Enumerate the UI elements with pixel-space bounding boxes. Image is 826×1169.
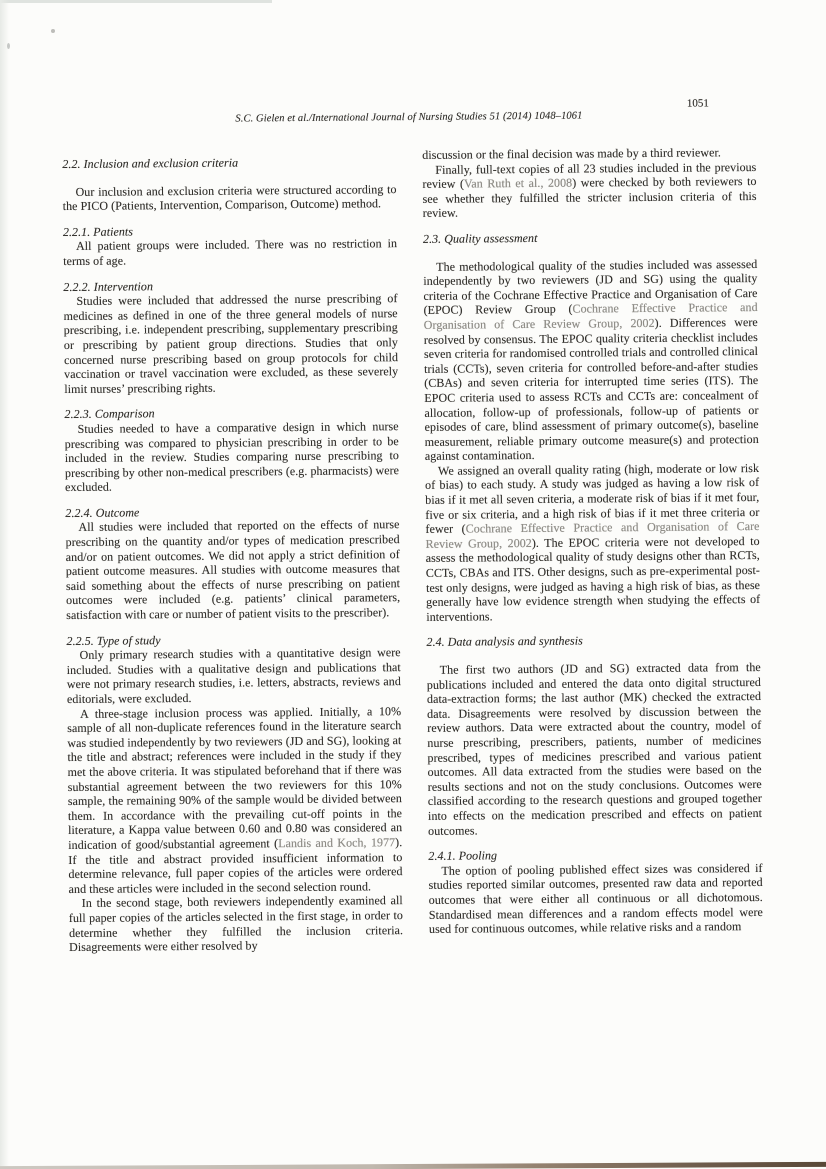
paragraph: The methodological quality of the studie… bbox=[423, 257, 759, 464]
section-heading: 2.3. Quality assessment bbox=[423, 229, 757, 247]
paragraph: Our inclusion and exclusion criteria wer… bbox=[62, 182, 396, 214]
body-text: In the second stage, both reviewers inde… bbox=[69, 893, 403, 954]
paragraph: All studies were included that reported … bbox=[65, 518, 400, 623]
body-text: Studies needed to have a comparative des… bbox=[65, 419, 399, 494]
paragraph: The option of pooling published effect s… bbox=[428, 861, 763, 937]
paragraph: Finally, full-text copies of all 23 stud… bbox=[422, 160, 756, 221]
paragraph: All patient groups were included. There … bbox=[63, 237, 397, 269]
section-heading: 2.4. Data analysis and synthesis bbox=[426, 632, 760, 650]
paragraph: Only primary research studies with a qua… bbox=[67, 645, 401, 706]
body-text: A three-stage inclusion process was appl… bbox=[67, 704, 402, 852]
body-text: The first two authors (JD and SG) extrac… bbox=[427, 660, 762, 837]
page-number: 1051 bbox=[687, 97, 709, 109]
paragraph: In the second stage, both reviewers inde… bbox=[69, 893, 403, 954]
running-head: S.C. Gielen et al./International Journal… bbox=[0, 108, 822, 126]
two-column-text: 2.2. Inclusion and exclusion criteriaOur… bbox=[62, 145, 763, 955]
body-text: Studies were included that addressed the… bbox=[64, 291, 399, 395]
paragraph: Studies needed to have a comparative des… bbox=[65, 419, 400, 495]
journal-page: S.C. Gielen et al./International Journal… bbox=[0, 0, 826, 1169]
left-column: 2.2. Inclusion and exclusion criteriaOur… bbox=[62, 148, 403, 955]
right-column: discussion or the final decision was mad… bbox=[422, 145, 763, 952]
page-content: S.C. Gielen et al./International Journal… bbox=[0, 0, 826, 1169]
citation-reference: Landis and Koch, 1977 bbox=[278, 835, 395, 850]
citation-reference: Van Ruth et al., 2008 bbox=[464, 176, 572, 191]
body-text: All patient groups were included. There … bbox=[63, 237, 397, 269]
body-text: All studies were included that reported … bbox=[66, 518, 401, 622]
section-heading: 2.2. Inclusion and exclusion criteria bbox=[62, 154, 396, 172]
paragraph: The first two authors (JD and SG) extrac… bbox=[427, 660, 763, 838]
body-text: Our inclusion and exclusion criteria wer… bbox=[63, 182, 397, 214]
paragraph: We assigned an overall quality rating (h… bbox=[425, 461, 760, 624]
body-text: The option of pooling published effect s… bbox=[429, 861, 763, 936]
body-text: ). Differences were resolved by consensu… bbox=[424, 315, 759, 463]
paragraph: A three-stage inclusion process was appl… bbox=[67, 704, 403, 897]
body-text: Only primary research studies with a qua… bbox=[67, 645, 401, 706]
paragraph: Studies were included that addressed the… bbox=[63, 291, 398, 396]
